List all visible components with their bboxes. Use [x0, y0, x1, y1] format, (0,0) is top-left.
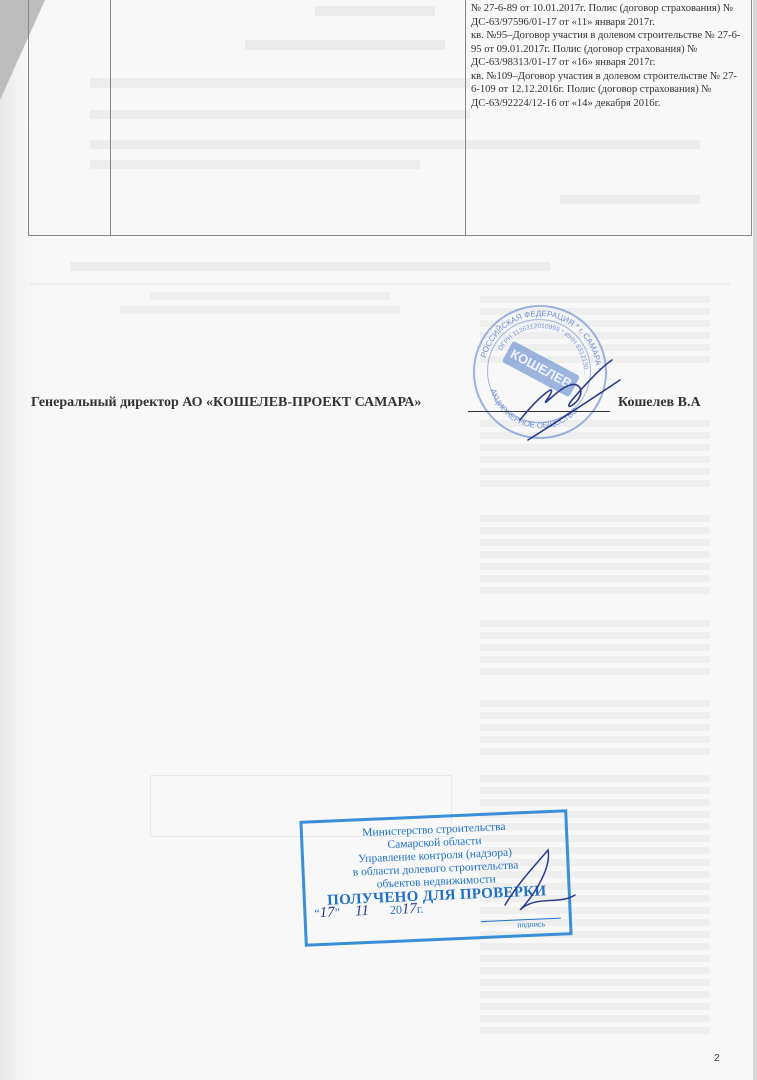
- page-number: 2: [714, 1053, 720, 1064]
- scanned-page: № 27-6-89 от 10.01.2017г. Полис (договор…: [0, 0, 757, 1080]
- inspector-signature: [0, 0, 757, 1080]
